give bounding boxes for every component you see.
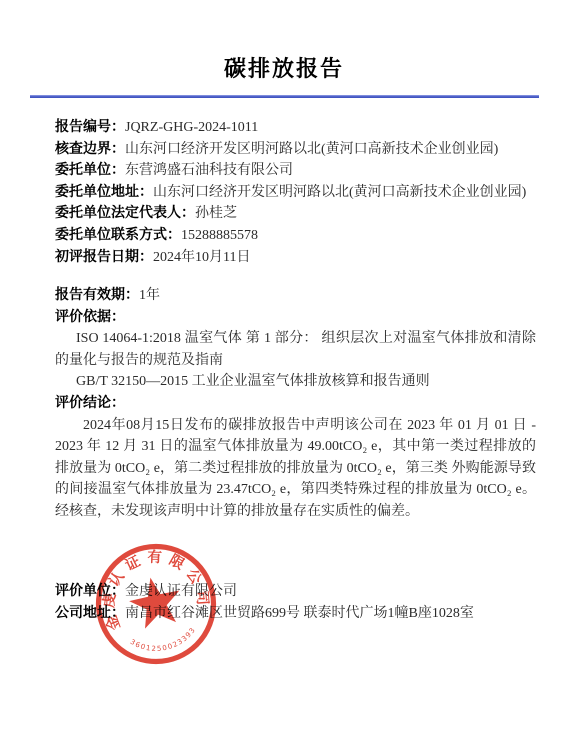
field-label: 委托单位地址： (55, 185, 153, 200)
basis-item-iso: ISO 14064-1:2018 温室气体 第 1 部分： 组织层次上对温室气体… (55, 328, 536, 371)
evaluation-conclusion-heading: 评价结论： (55, 393, 536, 415)
evaluation-basis-heading: 评价依据： (55, 307, 536, 329)
field-legal-representative: 委托单位法定代表人：孙桂芝 (55, 203, 538, 225)
field-label: 核查边界： (55, 142, 125, 157)
report-body: 报告有效期：1年 评价依据： ISO 14064-1:2018 温室气体 第 1… (55, 285, 536, 523)
field-label: 委托单位法定代表人： (55, 206, 195, 221)
field-label: 委托单位联系方式： (55, 228, 181, 243)
basis-item-gbt: GB/T 32150—2015 工业企业温室气体排放核算和报告通则 (55, 371, 536, 393)
field-contact-phone: 委托单位联系方式：15288885578 (55, 225, 538, 247)
field-value: 东营鸿盛石油科技有限公司 (125, 163, 293, 178)
title-divider (30, 95, 539, 98)
seal-star-icon (125, 572, 185, 630)
field-initial-report-date: 初评报告日期：2024年10月11日 (55, 247, 538, 269)
report-header-fields: 报告编号：JQRZ-GHG-2024-1011 核查边界：山东河口经济开发区明河… (55, 117, 538, 268)
section-label: 评价依据： (55, 310, 125, 325)
company-seal-stamp: 金虔认证有限公司 3601250023393 (91, 539, 221, 669)
field-client: 委托单位：东营鸿盛石油科技有限公司 (55, 160, 538, 182)
field-report-number: 报告编号：JQRZ-GHG-2024-1011 (55, 117, 538, 139)
field-value: 孙桂芝 (195, 206, 237, 221)
field-label: 报告有效期： (55, 288, 139, 303)
seal-graphic: 金虔认证有限公司 3601250023393 (91, 539, 221, 669)
field-validity-period: 报告有效期：1年 (55, 285, 536, 307)
page-title: 碳排放报告 (0, 52, 568, 83)
field-value: 山东河口经济开发区明河路以北(黄河口高新技术企业创业园) (125, 142, 498, 157)
field-value: 2024年10月11日 (153, 250, 250, 265)
field-value: 15288885578 (181, 228, 258, 243)
seal-number-text: 3601250023393 (128, 624, 201, 659)
field-verification-boundary: 核查边界：山东河口经济开发区明河路以北(黄河口高新技术企业创业园) (55, 139, 538, 161)
report-page: 碳排放报告 报告编号：JQRZ-GHG-2024-1011 核查边界：山东河口经… (0, 0, 568, 745)
field-label: 委托单位： (55, 163, 125, 178)
field-label: 初评报告日期： (55, 250, 153, 265)
field-value: JQRZ-GHG-2024-1011 (125, 120, 258, 135)
field-value: 山东河口经济开发区明河路以北(黄河口高新技术企业创业园) (153, 185, 526, 200)
conclusion-paragraph: 2024年08月15日发布的碳排放报告中声明该公司在 2023 年 01 月 0… (55, 415, 536, 523)
field-client-address: 委托单位地址：山东河口经济开发区明河路以北(黄河口高新技术企业创业园) (55, 182, 538, 204)
field-value: 1年 (139, 288, 160, 303)
field-label: 报告编号： (55, 120, 125, 135)
section-label: 评价结论： (55, 396, 125, 411)
